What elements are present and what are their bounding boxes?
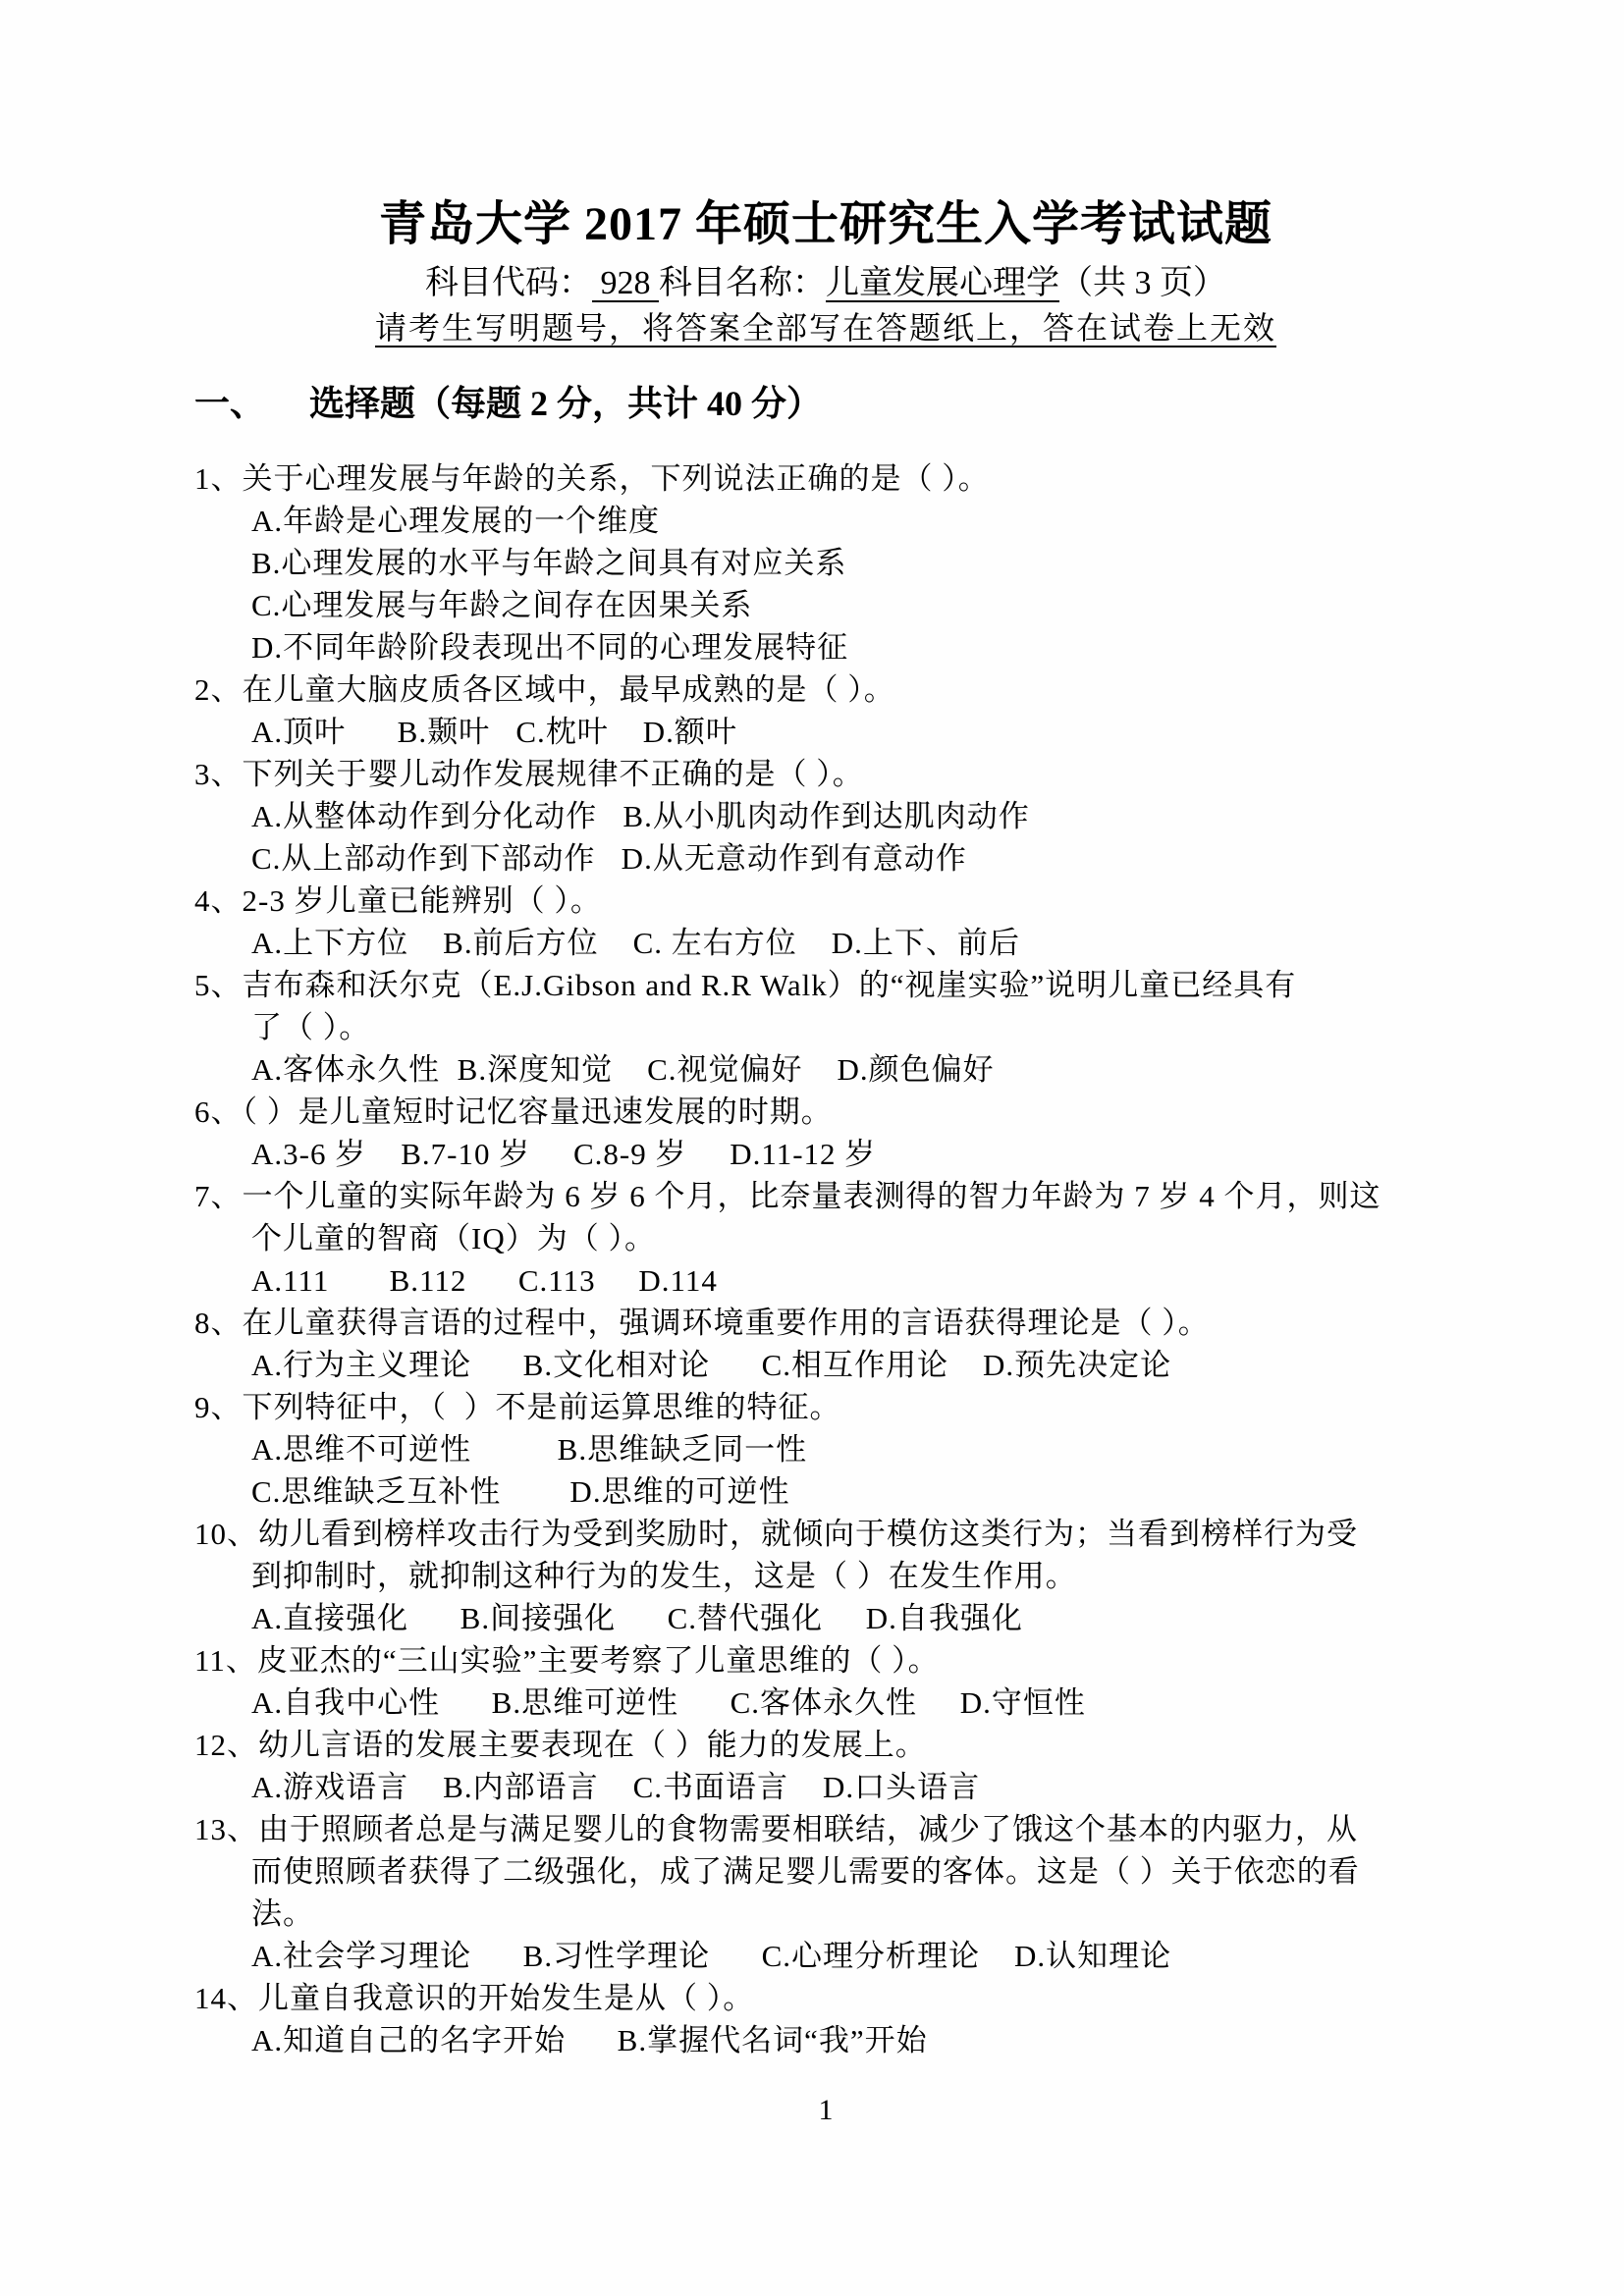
option-line: A.顶叶 B.颞叶 C.枕叶 D.额叶 bbox=[194, 711, 1457, 753]
question-stem: 1、关于心理发展与年龄的关系，下列说法正确的是（ ）。 bbox=[194, 457, 1457, 500]
option-line: C.思维缺乏互补性 D.思维的可逆性 bbox=[194, 1470, 1457, 1513]
question-stem: 14、儿童自我意识的开始发生是从（ ）。 bbox=[194, 1977, 1457, 2019]
question-stem-continued: 了（ ）。 bbox=[194, 1006, 1457, 1048]
question-text: 到抑制时，就抑制这种行为的发生，这是（ ）在发生作用。 bbox=[251, 1559, 1077, 1593]
question-stem-continued: 个儿童的智商（IQ）为（ ）。 bbox=[194, 1217, 1457, 1259]
question-block: 14、儿童自我意识的开始发生是从（ ）。A.知道自己的名字开始 B.掌握代名词“… bbox=[194, 1977, 1457, 2061]
question-block: 11、皮亚杰的“三山实验”主要考察了儿童思维的（ ）。A.自我中心性 B.思维可… bbox=[194, 1639, 1457, 1724]
question-block: 8、在儿童获得言语的过程中，强调环境重要作用的言语获得理论是（ ）。A.行为主义… bbox=[194, 1302, 1457, 1386]
option-line: A.游戏语言 B.内部语言 C.书面语言 D.口头语言 bbox=[194, 1766, 1457, 1808]
question-stem: 12、幼儿言语的发展主要表现在（ ）能力的发展上。 bbox=[194, 1724, 1457, 1766]
question-stem: 7、一个儿童的实际年龄为 6 岁 6 个月，比奈量表测得的智力年龄为 7 岁 4… bbox=[194, 1175, 1457, 1217]
subject-code-label: 科目代码： bbox=[425, 265, 592, 301]
option-line: A.自我中心性 B.思维可逆性 C.客体永久性 D.守恒性 bbox=[194, 1682, 1457, 1724]
question-block: 10、幼儿看到榜样攻击行为受到奖励时，就倾向于模仿这类行为；当看到榜样行为受到抑… bbox=[194, 1513, 1457, 1639]
question-text: 在儿童大脑皮质各区域中，最早成熟的是（ ）。 bbox=[243, 672, 895, 707]
question-text: 由于照顾者总是与满足婴儿的食物需要相联结，减少了饿这个基本的内驱力，从 bbox=[258, 1812, 1358, 1846]
page-title: 青岛大学 2017 年硕士研究生入学考试试题 bbox=[194, 194, 1457, 255]
exam-paper-page: 青岛大学 2017 年硕士研究生入学考试试题 科目代码： 928 科目名称：儿童… bbox=[0, 0, 1624, 2296]
option-line: A.行为主义理论 B.文化相对论 C.相互作用论 D.预先决定论 bbox=[194, 1344, 1457, 1386]
question-stem: 2、在儿童大脑皮质各区域中，最早成熟的是（ ）。 bbox=[194, 668, 1457, 711]
question-stem-continued: 法。 bbox=[194, 1893, 1457, 1935]
question-text: 2-3 岁儿童已能辨别（ ）。 bbox=[243, 883, 602, 918]
page-number: 1 bbox=[194, 2091, 1457, 2130]
question-block: 4、2-3 岁儿童已能辨别（ ）。A.上下方位 B.前后方位 C. 左右方位 D… bbox=[194, 880, 1457, 964]
question-text: 个儿童的智商（IQ）为（ ）。 bbox=[251, 1221, 656, 1255]
subject-code-value: 928 bbox=[592, 265, 659, 301]
question-number: 11、 bbox=[194, 1643, 257, 1678]
subject-name-label: 科目名称： bbox=[659, 265, 826, 301]
question-text: 了（ ）。 bbox=[251, 1010, 370, 1044]
question-stem: 4、2-3 岁儿童已能辨别（ ）。 bbox=[194, 880, 1457, 922]
question-stem: 9、下列特征中，（ ）不是前运算思维的特征。 bbox=[194, 1386, 1457, 1428]
question-stem: 6、（ ）是儿童短时记忆容量迅速发展的时期。 bbox=[194, 1091, 1457, 1133]
question-text: 而使照顾者获得了二级强化，成了满足婴儿需要的客体。这是（ ）关于依恋的看 bbox=[251, 1854, 1360, 1889]
question-number: 5、 bbox=[194, 968, 243, 1002]
question-text: 幼儿看到榜样攻击行为受到奖励时，就倾向于模仿这类行为；当看到榜样行为受 bbox=[258, 1517, 1358, 1551]
question-text: 皮亚杰的“三山实验”主要考察了儿童思维的（ ）。 bbox=[257, 1643, 940, 1678]
question-block: 5、吉布森和沃尔克（E.J.Gibson and R.R Walk）的“视崖实验… bbox=[194, 964, 1457, 1091]
question-number: 6、 bbox=[194, 1095, 243, 1129]
question-text: 下列关于婴儿动作发展规律不正确的是（ ）。 bbox=[243, 757, 864, 791]
question-number: 7、 bbox=[194, 1179, 243, 1213]
question-block: 1、关于心理发展与年龄的关系，下列说法正确的是（ ）。A.年龄是心理发展的一个维… bbox=[194, 457, 1457, 668]
question-stem-continued: 而使照顾者获得了二级强化，成了满足婴儿需要的客体。这是（ ）关于依恋的看 bbox=[194, 1850, 1457, 1893]
option-line: A.客体永久性 B.深度知觉 C.视觉偏好 D.颜色偏好 bbox=[194, 1048, 1457, 1091]
question-text: （ ）是儿童短时记忆容量迅速发展的时期。 bbox=[243, 1095, 833, 1129]
question-block: 2、在儿童大脑皮质各区域中，最早成熟的是（ ）。A.顶叶 B.颞叶 C.枕叶 D… bbox=[194, 668, 1457, 753]
option-line: A.111 B.112 C.113 D.114 bbox=[194, 1259, 1457, 1302]
subject-meta-line: 科目代码： 928 科目名称：儿童发展心理学（共 3 页） bbox=[194, 261, 1457, 306]
option-line: D.不同年龄阶段表现出不同的心理发展特征 bbox=[194, 626, 1457, 668]
question-number: 13、 bbox=[194, 1812, 258, 1846]
option-line: A.思维不可逆性 B.思维缺乏同一性 bbox=[194, 1428, 1457, 1470]
option-line: A.3-6 岁 B.7-10 岁 C.8-9 岁 D.11-12 岁 bbox=[194, 1133, 1457, 1175]
option-line: C.心理发展与年龄之间存在因果关系 bbox=[194, 584, 1457, 626]
option-line: C.从上部动作到下部动作 D.从无意动作到有意动作 bbox=[194, 837, 1457, 880]
question-stem: 11、皮亚杰的“三山实验”主要考察了儿童思维的（ ）。 bbox=[194, 1639, 1457, 1682]
section-number: 一、 bbox=[194, 381, 265, 426]
question-number: 12、 bbox=[194, 1728, 258, 1762]
question-block: 7、一个儿童的实际年龄为 6 岁 6 个月，比奈量表测得的智力年龄为 7 岁 4… bbox=[194, 1175, 1457, 1302]
exam-notice: 请考生写明题号，将答案全部写在答题纸上，答在试卷上无效 bbox=[194, 306, 1457, 349]
question-text: 下列特征中，（ ）不是前运算思维的特征。 bbox=[243, 1390, 841, 1424]
subject-pages-note: （共 3 页） bbox=[1059, 265, 1226, 301]
question-text: 法。 bbox=[251, 1896, 314, 1931]
question-block: 3、下列关于婴儿动作发展规律不正确的是（ ）。A.从整体动作到分化动作 B.从小… bbox=[194, 753, 1457, 880]
option-line: A.年龄是心理发展的一个维度 bbox=[194, 500, 1457, 542]
option-line: A.上下方位 B.前后方位 C. 左右方位 D.上下、前后 bbox=[194, 922, 1457, 964]
question-stem-continued: 到抑制时，就抑制这种行为的发生，这是（ ）在发生作用。 bbox=[194, 1555, 1457, 1597]
question-text: 关于心理发展与年龄的关系，下列说法正确的是（ ）。 bbox=[243, 461, 990, 496]
question-number: 9、 bbox=[194, 1390, 243, 1424]
question-number: 1、 bbox=[194, 461, 243, 496]
section-heading: 一、选择题（每题 2 分，共计 40 分） bbox=[194, 381, 1457, 426]
section-title: 选择题（每题 2 分，共计 40 分） bbox=[309, 384, 822, 423]
question-stem: 13、由于照顾者总是与满足婴儿的食物需要相联结，减少了饿这个基本的内驱力，从 bbox=[194, 1808, 1457, 1850]
subject-name-value: 儿童发展心理学 bbox=[826, 265, 1059, 301]
option-line: A.从整体动作到分化动作 B.从小肌肉动作到达肌肉动作 bbox=[194, 795, 1457, 837]
question-text: 一个儿童的实际年龄为 6 岁 6 个月，比奈量表测得的智力年龄为 7 岁 4 个… bbox=[243, 1179, 1381, 1213]
question-number: 4、 bbox=[194, 883, 243, 918]
question-text: 儿童自我意识的开始发生是从（ ）。 bbox=[258, 1981, 754, 2015]
option-line: A.社会学习理论 B.习性学理论 C.心理分析理论 D.认知理论 bbox=[194, 1935, 1457, 1977]
question-number: 14、 bbox=[194, 1981, 258, 2015]
question-list: 1、关于心理发展与年龄的关系，下列说法正确的是（ ）。A.年龄是心理发展的一个维… bbox=[194, 457, 1457, 2061]
option-line: A.直接强化 B.间接强化 C.替代强化 D.自我强化 bbox=[194, 1597, 1457, 1639]
option-line: B.心理发展的水平与年龄之间具有对应关系 bbox=[194, 542, 1457, 584]
question-number: 10、 bbox=[194, 1517, 258, 1551]
question-text: 在儿童获得言语的过程中，强调环境重要作用的言语获得理论是（ ）。 bbox=[243, 1306, 1210, 1340]
question-stem: 8、在儿童获得言语的过程中，强调环境重要作用的言语获得理论是（ ）。 bbox=[194, 1302, 1457, 1344]
question-block: 6、（ ）是儿童短时记忆容量迅速发展的时期。A.3-6 岁 B.7-10 岁 C… bbox=[194, 1091, 1457, 1175]
question-number: 8、 bbox=[194, 1306, 243, 1340]
option-line: A.知道自己的名字开始 B.掌握代名词“我”开始 bbox=[194, 2019, 1457, 2061]
question-number: 3、 bbox=[194, 757, 243, 791]
question-text: 吉布森和沃尔克（E.J.Gibson and R.R Walk）的“视崖实验”说… bbox=[243, 968, 1297, 1002]
question-block: 9、下列特征中，（ ）不是前运算思维的特征。A.思维不可逆性 B.思维缺乏同一性… bbox=[194, 1386, 1457, 1513]
question-text: 幼儿言语的发展主要表现在（ ）能力的发展上。 bbox=[258, 1728, 927, 1762]
question-block: 12、幼儿言语的发展主要表现在（ ）能力的发展上。A.游戏语言 B.内部语言 C… bbox=[194, 1724, 1457, 1808]
question-stem: 10、幼儿看到榜样攻击行为受到奖励时，就倾向于模仿这类行为；当看到榜样行为受 bbox=[194, 1513, 1457, 1555]
question-number: 2、 bbox=[194, 672, 243, 707]
question-block: 13、由于照顾者总是与满足婴儿的食物需要相联结，减少了饿这个基本的内驱力，从而使… bbox=[194, 1808, 1457, 1977]
question-stem: 3、下列关于婴儿动作发展规律不正确的是（ ）。 bbox=[194, 753, 1457, 795]
question-stem: 5、吉布森和沃尔克（E.J.Gibson and R.R Walk）的“视崖实验… bbox=[194, 964, 1457, 1006]
